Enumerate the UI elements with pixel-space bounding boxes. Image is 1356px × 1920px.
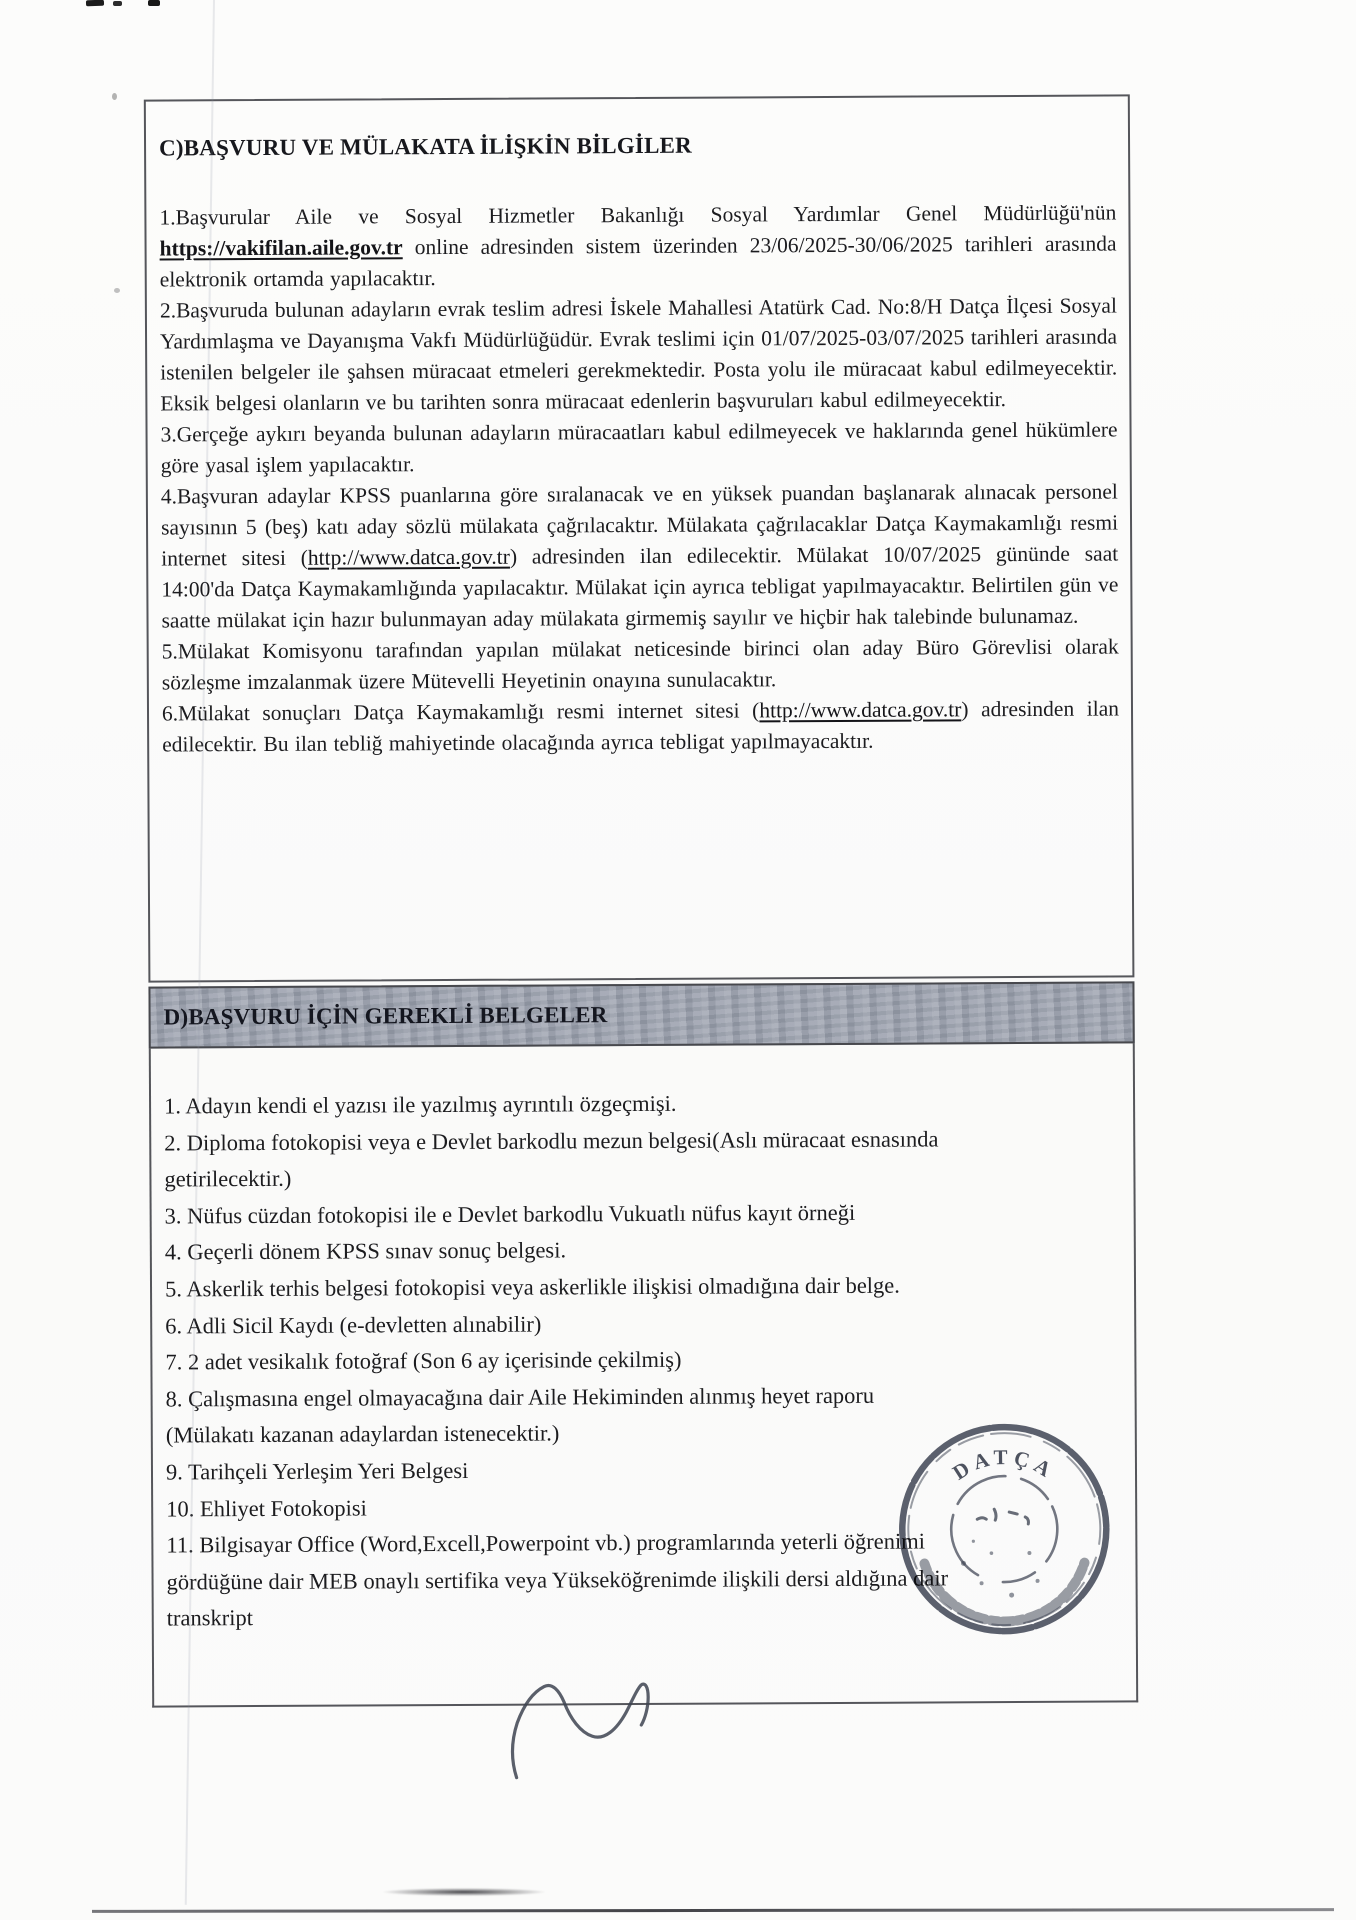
section-c-paragraphs: 1.Başvurular Aile ve Sosyal Hizmetler Ba… (159, 197, 1119, 760)
text-segment: 5.Mülakat Komisyonu tarafından yapılan m… (162, 634, 1119, 694)
section-c-title: C)BAŞVURU VE MÜLAKATA İLİŞKİN BİLGİLER (159, 130, 1116, 161)
scan-mark-artifact (113, 1, 122, 6)
text-segment: 3.Gerçeğe aykırı beyanda bulunan adaylar… (160, 417, 1117, 477)
paragraph: 3.Gerçeğe aykırı beyanda bulunan adaylar… (160, 414, 1117, 481)
printed-url: https://vakifilan.aile.gov.tr (160, 235, 403, 260)
scanned-document-page: C)BAŞVURU VE MÜLAKATA İLİŞKİN BİLGİLER 1… (0, 0, 1356, 1920)
paragraph: 2.Başvuruda bulunan adayların evrak tesl… (160, 290, 1118, 419)
list-item: 4. Geçerli dönem KPSS sınav sonuç belges… (165, 1230, 1120, 1272)
paragraph: 1.Başvurular Aile ve Sosyal Hizmetler Ba… (159, 197, 1116, 295)
list-item: 5. Askerlik terhis belgesi fotokopisi ve… (165, 1266, 1120, 1308)
text-segment: 6.Mülakat sonuçları Datça Kaymakamlığı r… (162, 698, 759, 725)
paragraph: 6.Mülakat sonuçları Datça Kaymakamlığı r… (162, 693, 1119, 760)
text-segment: 2.Başvuruda bulunan adayların evrak tesl… (160, 293, 1117, 415)
section-c-box: C)BAŞVURU VE MÜLAKATA İLİŞKİN BİLGİLER 1… (144, 94, 1135, 982)
list-item: 3. Nüfus cüzdan fotokopisi ile e Devlet … (165, 1193, 1120, 1235)
printed-url: http://www.datca.gov.tr (308, 545, 510, 570)
section-d-header-bar: D)BAŞVURU İÇİN GEREKLİ BELGELER (148, 981, 1134, 1048)
stamp-text: DATÇA (948, 1445, 1060, 1485)
signature-mark (464, 1630, 695, 1801)
svg-text:DATÇA: DATÇA (948, 1445, 1060, 1485)
official-round-stamp: DATÇA (891, 1413, 1120, 1646)
text-segment: 1.Başvurular Aile ve Sosyal Hizmetler Ba… (159, 200, 1116, 229)
paragraph: 4.Başvuran adaylar KPSS puanlarına göre … (161, 476, 1119, 636)
scan-mark-artifact (148, 0, 160, 6)
section-d-title: D)BAŞVURU İÇİN GEREKLİ BELGELER (164, 1002, 608, 1030)
list-item: 7. 2 adet vesikalık fotoğraf (Son 6 ay i… (165, 1340, 1120, 1382)
list-item: 6. Adli Sicil Kaydı (e-devletten alınabi… (165, 1303, 1120, 1345)
scan-speck-artifact (112, 93, 117, 100)
list-item: 2. Diploma fotokopisi veya e Devlet bark… (164, 1120, 1119, 1198)
printed-url: http://www.datca.gov.tr (759, 697, 961, 722)
scan-speck-artifact (114, 288, 120, 293)
scan-mark-artifact (86, 0, 104, 6)
paragraph: 5.Mülakat Komisyonu tarafından yapılan m… (162, 631, 1119, 698)
list-item: 1. Adayın kendi el yazısı ile yazılmış a… (164, 1083, 1119, 1125)
scan-smudge-artifact (383, 1888, 545, 1896)
